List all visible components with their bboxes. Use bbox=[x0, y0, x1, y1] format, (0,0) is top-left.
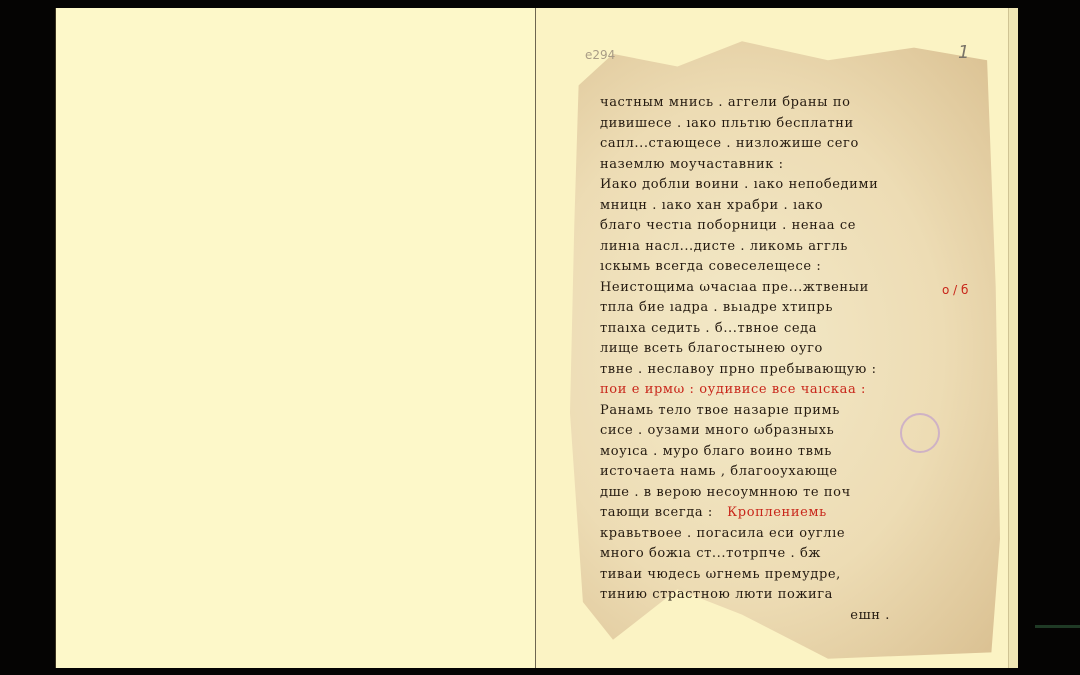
text-line: Иако доблıи воини . ıако непобедими bbox=[600, 175, 930, 196]
text-line: тающи всегда : Кроплениемь bbox=[600, 503, 930, 524]
text-line: дше . в верою несоумнною те поч bbox=[600, 483, 930, 504]
rubric-line: пои е ирмω : оудивисе все чаıскаа : bbox=[600, 380, 930, 401]
text-line: кравьтвоее . погасила еси оуглıе bbox=[600, 524, 930, 545]
text-line: тиваи чюдесь ωгнемь премудре, bbox=[600, 565, 930, 586]
text-line: частным мнись . аггели браны по bbox=[600, 93, 930, 114]
left-blank-page bbox=[55, 8, 536, 668]
text-line: благо честıа поборници . ненаа се bbox=[600, 216, 930, 237]
folio-number: 1 bbox=[958, 42, 969, 63]
rubric-initial-segment: Кроплениемь bbox=[727, 505, 827, 520]
text-line: тинию страстною люти пожига bbox=[600, 585, 930, 606]
text-line: сапл...стающесе . низложише сего bbox=[600, 134, 930, 155]
text-line: тпаıха седить . б...твное седа bbox=[600, 319, 930, 340]
text-line: твне . неславоу прно пребывающую : bbox=[600, 360, 930, 381]
text-line: ешн . bbox=[600, 606, 930, 627]
text-line: Неистощима ωчасıаа пре...жтвеныи bbox=[600, 278, 930, 299]
text-line: лище всеть благостынею оуго bbox=[600, 339, 930, 360]
text-line: моуıса . муро благо воино твмь bbox=[600, 442, 930, 463]
shelfmark: е294 bbox=[585, 48, 615, 62]
margin-note: о / б bbox=[942, 283, 968, 297]
text-line: наземлю моучаставник : bbox=[600, 155, 930, 176]
text-line: сисе . оузами много ωбразныхь bbox=[600, 421, 930, 442]
text-line: дивишесе . ıако пльтıю бесплатни bbox=[600, 114, 930, 135]
text-line: мницн . ıако хан храбри . ıако bbox=[600, 196, 930, 217]
page-edge bbox=[1008, 8, 1018, 668]
text-line: линıа насл...дисте . ликомь аггль bbox=[600, 237, 930, 258]
manuscript-text: частным мнись . аггели браны по дивишесе… bbox=[600, 93, 930, 626]
text-line: Ранамь тело твое назарıе примь bbox=[600, 401, 930, 422]
text-line: ıскымь всегда совеселещесе : bbox=[600, 257, 930, 278]
text-line: тпла бие ıадра . вьıадре хтипрь bbox=[600, 298, 930, 319]
text-line: источаета намь , благооухающе bbox=[600, 462, 930, 483]
text-line: много божıа ст...тотрпче . бж bbox=[600, 544, 930, 565]
text-segment: тающи всегда : bbox=[600, 505, 713, 520]
scan-artifact bbox=[1035, 625, 1080, 628]
